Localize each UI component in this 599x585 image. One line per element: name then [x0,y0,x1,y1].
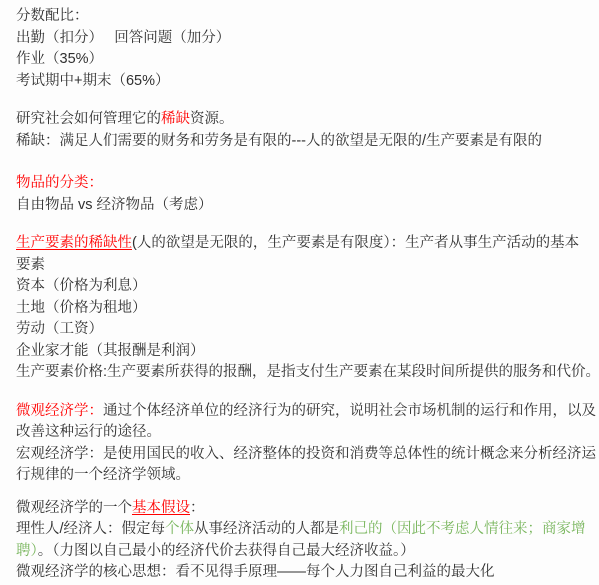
text-run: 聘） [16,543,38,559]
text-run: 要素 [16,257,45,273]
text-line: 出勤（扣分） 回答问题（加分） [16,28,593,50]
text-run: 通过个体经济单位的经济行为的研究，说明社会市场机制的运行和作用，以及 [103,403,596,419]
text-line: 自由物品 vs 经济物品（考虑） [16,195,593,217]
text-run: 基本假设 [132,500,190,516]
text-line: 微观经济学的一个基本假设： [16,498,593,520]
text-line: 改善这种运行的途径。 [16,422,593,444]
text-run: 微观经济学： [16,403,103,419]
text-run: 从事经济活动的人都是 [194,521,339,537]
text-run: 个体 [165,521,194,537]
text-line: 生产要素的稀缺性(人的欲望是无限的，生产要素是有限度）：生产者从事生产活动的基本 [16,233,593,255]
text-run: 生产要素价格:生产要素所获得的报酬，是指支付生产要素在某段时间所提供的服务和代价… [16,364,599,380]
text-run: 微观经济学的核心思想：看不见得手原理——每个人力图自己利益的最大化 [16,564,495,580]
text-run: 微观经济学的一个 [16,500,132,516]
text-line: 考试期中+期末（65%） [16,71,593,93]
text-run: 资源。 [190,111,234,127]
text-run: 利己的（因此不考虑人情往来；商家增 [339,521,586,537]
text-line: 作业（35%） [16,49,593,71]
text-run: 理性人/经济人：假定每 [16,521,165,537]
text-line: 宏观经济学：是使用国民的收入、经济整体的投资和消费等总体性的统计概念来分析经济运 [16,444,593,466]
paragraph: 研究社会如何管理它的稀缺资源。稀缺：满足人们需要的财务和劳务是有限的---人的欲… [16,109,593,152]
text-run: 生产要素的稀缺性 [16,235,132,251]
text-run: ： [190,500,205,516]
text-line: 企业家才能（其报酬是利润） [16,341,593,363]
text-line: 资本（价格为利息） [16,276,593,298]
document-page: 分数配比：出勤（扣分） 回答问题（加分）作业（35%）考试期中+期末（65%）研… [0,0,599,585]
text-line: 土地（价格为租地） [16,298,593,320]
text-line: 生产要素价格:生产要素所获得的报酬，是指支付生产要素在某段时间所提供的服务和代价… [16,362,593,384]
paragraph: 分数配比：出勤（扣分） 回答问题（加分）作业（35%）考试期中+期末（65%） [16,6,593,92]
text-run: 行规律的一个经济学领域。 [16,467,190,483]
text-run: 作业（35%） [16,51,103,67]
text-run: 土地（价格为租地） [16,300,147,316]
text-run: 资本（价格为利息） [16,278,147,294]
document-body: 分数配比：出勤（扣分） 回答问题（加分）作业（35%）考试期中+期末（65%）研… [16,6,593,584]
text-line: 理性人/经济人：假定每个体从事经济活动的人都是利己的（因此不考虑人情往来；商家增 [16,519,593,541]
text-run: 稀缺 [161,111,190,127]
text-run: 物品的分类： [16,175,103,191]
paragraph: 微观经济学：通过个体经济单位的经济行为的研究，说明社会市场机制的运行和作用，以及… [16,401,593,487]
text-run: 稀缺：满足人们需要的财务和劳务是有限的---人的欲望是无限的/生产要素是有限的 [16,133,542,149]
paragraph: 生产要素的稀缺性(人的欲望是无限的，生产要素是有限度）：生产者从事生产活动的基本… [16,233,593,384]
text-run: 出勤（扣分） 回答问题（加分） [16,30,230,46]
text-run: 劳动（工资） [16,321,103,337]
text-line: 劳动（工资） [16,319,593,341]
paragraph: 微观经济学的一个基本假设：理性人/经济人：假定每个体从事经济活动的人都是利己的（… [16,498,593,584]
paragraph: 物品的分类：自由物品 vs 经济物品（考虑） [16,173,593,216]
text-run: 分数配比： [16,8,89,24]
text-line: 要素 [16,255,593,277]
text-line: 微观经济学的核心思想：看不见得手原理——每个人力图自己利益的最大化 [16,562,593,584]
text-line: 分数配比： [16,6,593,28]
text-run: (人的欲望是无限的，生产要素是有限度）：生产者从事生产活动的基本 [132,235,579,251]
text-run: 自由物品 vs 经济物品（考虑） [16,197,213,213]
text-line: 研究社会如何管理它的稀缺资源。 [16,109,593,131]
text-run: 企业家才能（其报酬是利润） [16,343,205,359]
text-run: 改善这种运行的途径。 [16,424,161,440]
text-run: 。（力图以自己最小的经济代价去获得自己最大经济收益。） [38,543,415,559]
text-run: 考试期中+期末（65%） [16,73,170,89]
text-line: 行规律的一个经济学领域。 [16,465,593,487]
text-line: 微观经济学：通过个体经济单位的经济行为的研究，说明社会市场机制的运行和作用，以及 [16,401,593,423]
text-line: 物品的分类： [16,173,593,195]
text-run: 宏观经济学：是使用国民的收入、经济整体的投资和消费等总体性的统计概念来分析经济运 [16,446,596,462]
text-run: 研究社会如何管理它的 [16,111,161,127]
text-line: 稀缺：满足人们需要的财务和劳务是有限的---人的欲望是无限的/生产要素是有限的 [16,131,593,153]
text-line: 聘）。（力图以自己最小的经济代价去获得自己最大经济收益。） [16,541,593,563]
